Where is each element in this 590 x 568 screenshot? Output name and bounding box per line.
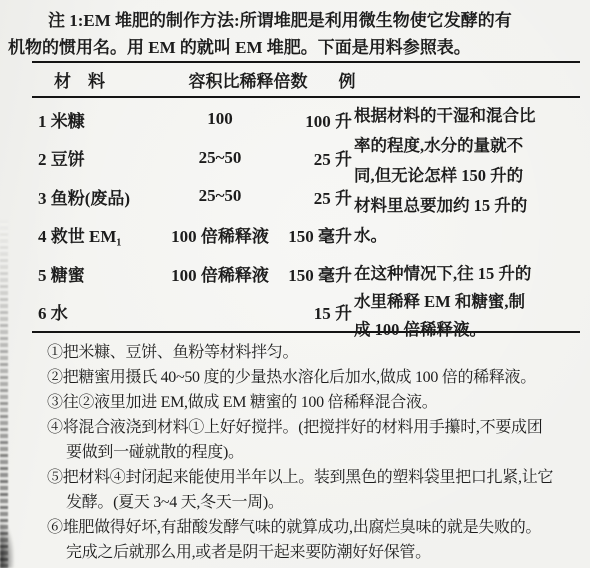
cell-material-name: 5 糖蜜 bbox=[30, 261, 154, 286]
side-note-line: 率的程度,水分的量就不 bbox=[354, 131, 590, 161]
side-note-line: 材料里总要加约 15 升的 bbox=[354, 191, 590, 221]
side-note-line: 成 100 倍稀释液。 bbox=[354, 316, 590, 344]
cell-dilution-ratio: 100 倍稀释液 bbox=[154, 261, 286, 286]
side-note-water-amount: 根据材料的干湿和混合比 率的程度,水分的量就不 同,但无论怎样 150 升的 材… bbox=[354, 101, 590, 251]
cell-dilution-ratio: 100 倍稀释液 bbox=[154, 222, 286, 247]
table-row: 5 糖蜜 100 倍稀释液 150 毫升 bbox=[30, 254, 352, 293]
cell-dilution-ratio: 25~50 bbox=[154, 148, 286, 168]
cell-example-amount: 100 升 bbox=[286, 107, 352, 132]
header-cell-dilution-ratio: 容积比稀释倍数 bbox=[182, 67, 314, 92]
step-item: ②把糖蜜用摄氏 40~50 度的少量热水溶化后加水,做成 100 倍的稀释液。 bbox=[47, 365, 584, 390]
step-item: ⑤把材料④封闭起来能使用半年以上。装到黑色的塑料袋里把口扎紧,让它 发酵。(夏天… bbox=[47, 465, 584, 515]
step-line: 要做到一碰就散的程度)。 bbox=[47, 440, 584, 465]
table-row: 1 米糠 100 100 升 bbox=[30, 100, 352, 139]
cell-example-amount: 150 毫升 bbox=[286, 261, 352, 286]
cell-example-amount: 15 升 bbox=[286, 299, 352, 324]
scanned-document-page: 注 1:EM 堆肥的制作方法:所谓堆肥是利用微生物使它发酵的有 机物的惯用名。用… bbox=[0, 0, 590, 568]
step-line: ④将混合液浇到材料①上好好搅拌。(把搅拌好的材料用手攥时,不要成团 bbox=[47, 415, 584, 440]
cell-dilution-ratio: 25~50 bbox=[154, 186, 286, 206]
side-note-line: 水里稀释 EM 和糖蜜,制 bbox=[354, 288, 590, 316]
header-cell-material: 材 料 bbox=[30, 67, 182, 92]
step-line: ⑤把材料④封闭起来能使用半年以上。装到黑色的塑料袋里把口扎紧,让它 bbox=[47, 465, 584, 490]
step-item: ④将混合液浇到材料①上好好搅拌。(把搅拌好的材料用手攥时,不要成团 要做到一碰就… bbox=[47, 415, 584, 465]
preparation-steps-list: ①把米糠、豆饼、鱼粉等材料拌匀。 ②把糖蜜用摄氏 40~50 度的少量热水溶化后… bbox=[47, 340, 584, 565]
intro-paragraph: 注 1:EM 堆肥的制作方法:所谓堆肥是利用微生物使它发酵的有 机物的惯用名。用… bbox=[0, 0, 590, 61]
table-header-row: 材 料 容积比稀释倍数 例 bbox=[30, 63, 590, 96]
scan-binding-artifact bbox=[0, 220, 8, 568]
cell-dilution-ratio: 100 bbox=[154, 109, 286, 129]
table-side-notes: 根据材料的干湿和混合比 率的程度,水分的量就不 同,但无论怎样 150 升的 材… bbox=[352, 98, 590, 331]
step-line: ②把糖蜜用摄氏 40~50 度的少量热水溶化后加水,做成 100 倍的稀释液。 bbox=[47, 365, 584, 390]
step-item: ③往②液里加进 EM,做成 EM 糖蜜的 100 倍稀释混合液。 bbox=[47, 390, 584, 415]
step-line: 完成之后就那么用,或者是阴干起来要防潮好好保管。 bbox=[47, 540, 584, 565]
step-line: 发酵。(夏天 3~4 天,冬天一周)。 bbox=[47, 490, 584, 515]
cell-material-name: 2 豆饼 bbox=[30, 145, 154, 170]
side-note-line: 同,但无论怎样 150 升的 bbox=[354, 161, 590, 191]
cell-example-amount: 150 毫升 bbox=[286, 222, 352, 247]
side-note-line: 水。 bbox=[354, 221, 590, 251]
cell-example-amount: 25 升 bbox=[286, 145, 352, 170]
intro-line: 注 1:EM 堆肥的制作方法:所谓堆肥是利用微生物使它发酵的有 bbox=[8, 7, 580, 34]
header-cell-example: 例 bbox=[314, 67, 380, 92]
cell-example-amount: 25 升 bbox=[286, 184, 352, 209]
table-row: 2 豆饼 25~50 25 升 bbox=[30, 139, 352, 178]
side-note-line: 在这种情况下,往 15 升的 bbox=[354, 260, 590, 288]
materials-table: 材 料 容积比稀释倍数 例 1 米糠 100 100 升 2 豆饼 25~50 … bbox=[0, 61, 590, 333]
side-note-line: 根据材料的干湿和混合比 bbox=[354, 101, 590, 131]
table-body: 1 米糠 100 100 升 2 豆饼 25~50 25 升 3 鱼粉(废品) … bbox=[30, 98, 590, 331]
cell-material-name: 6 水 bbox=[30, 299, 154, 324]
table-rows: 1 米糠 100 100 升 2 豆饼 25~50 25 升 3 鱼粉(废品) … bbox=[30, 98, 352, 331]
cell-material-name: 1 米糠 bbox=[30, 107, 154, 132]
step-line: ⑥堆肥做得好坏,有甜酸发酵气味的就算成功,出腐烂臭味的就是失败的。 bbox=[47, 515, 584, 540]
cell-material-name: 3 鱼粉(废品) bbox=[30, 184, 154, 209]
table-row: 4 救世 EM₁ 100 倍稀释液 150 毫升 bbox=[30, 216, 352, 255]
cell-material-name: 4 救世 EM₁ bbox=[30, 222, 154, 247]
side-note-dilution: 在这种情况下,往 15 升的 水里稀释 EM 和糖蜜,制 成 100 倍稀释液。 bbox=[354, 260, 590, 344]
scan-corner-smudge bbox=[0, 522, 14, 568]
table-row: 3 鱼粉(废品) 25~50 25 升 bbox=[30, 177, 352, 216]
intro-line: 机物的惯用名。用 EM 的就叫 EM 堆肥。下面是用料参照表。 bbox=[8, 34, 580, 61]
step-line: ③往②液里加进 EM,做成 EM 糖蜜的 100 倍稀释混合液。 bbox=[47, 390, 584, 415]
step-item: ⑥堆肥做得好坏,有甜酸发酵气味的就算成功,出腐烂臭味的就是失败的。 完成之后就那… bbox=[47, 515, 584, 565]
table-row: 6 水 15 升 bbox=[30, 293, 352, 332]
